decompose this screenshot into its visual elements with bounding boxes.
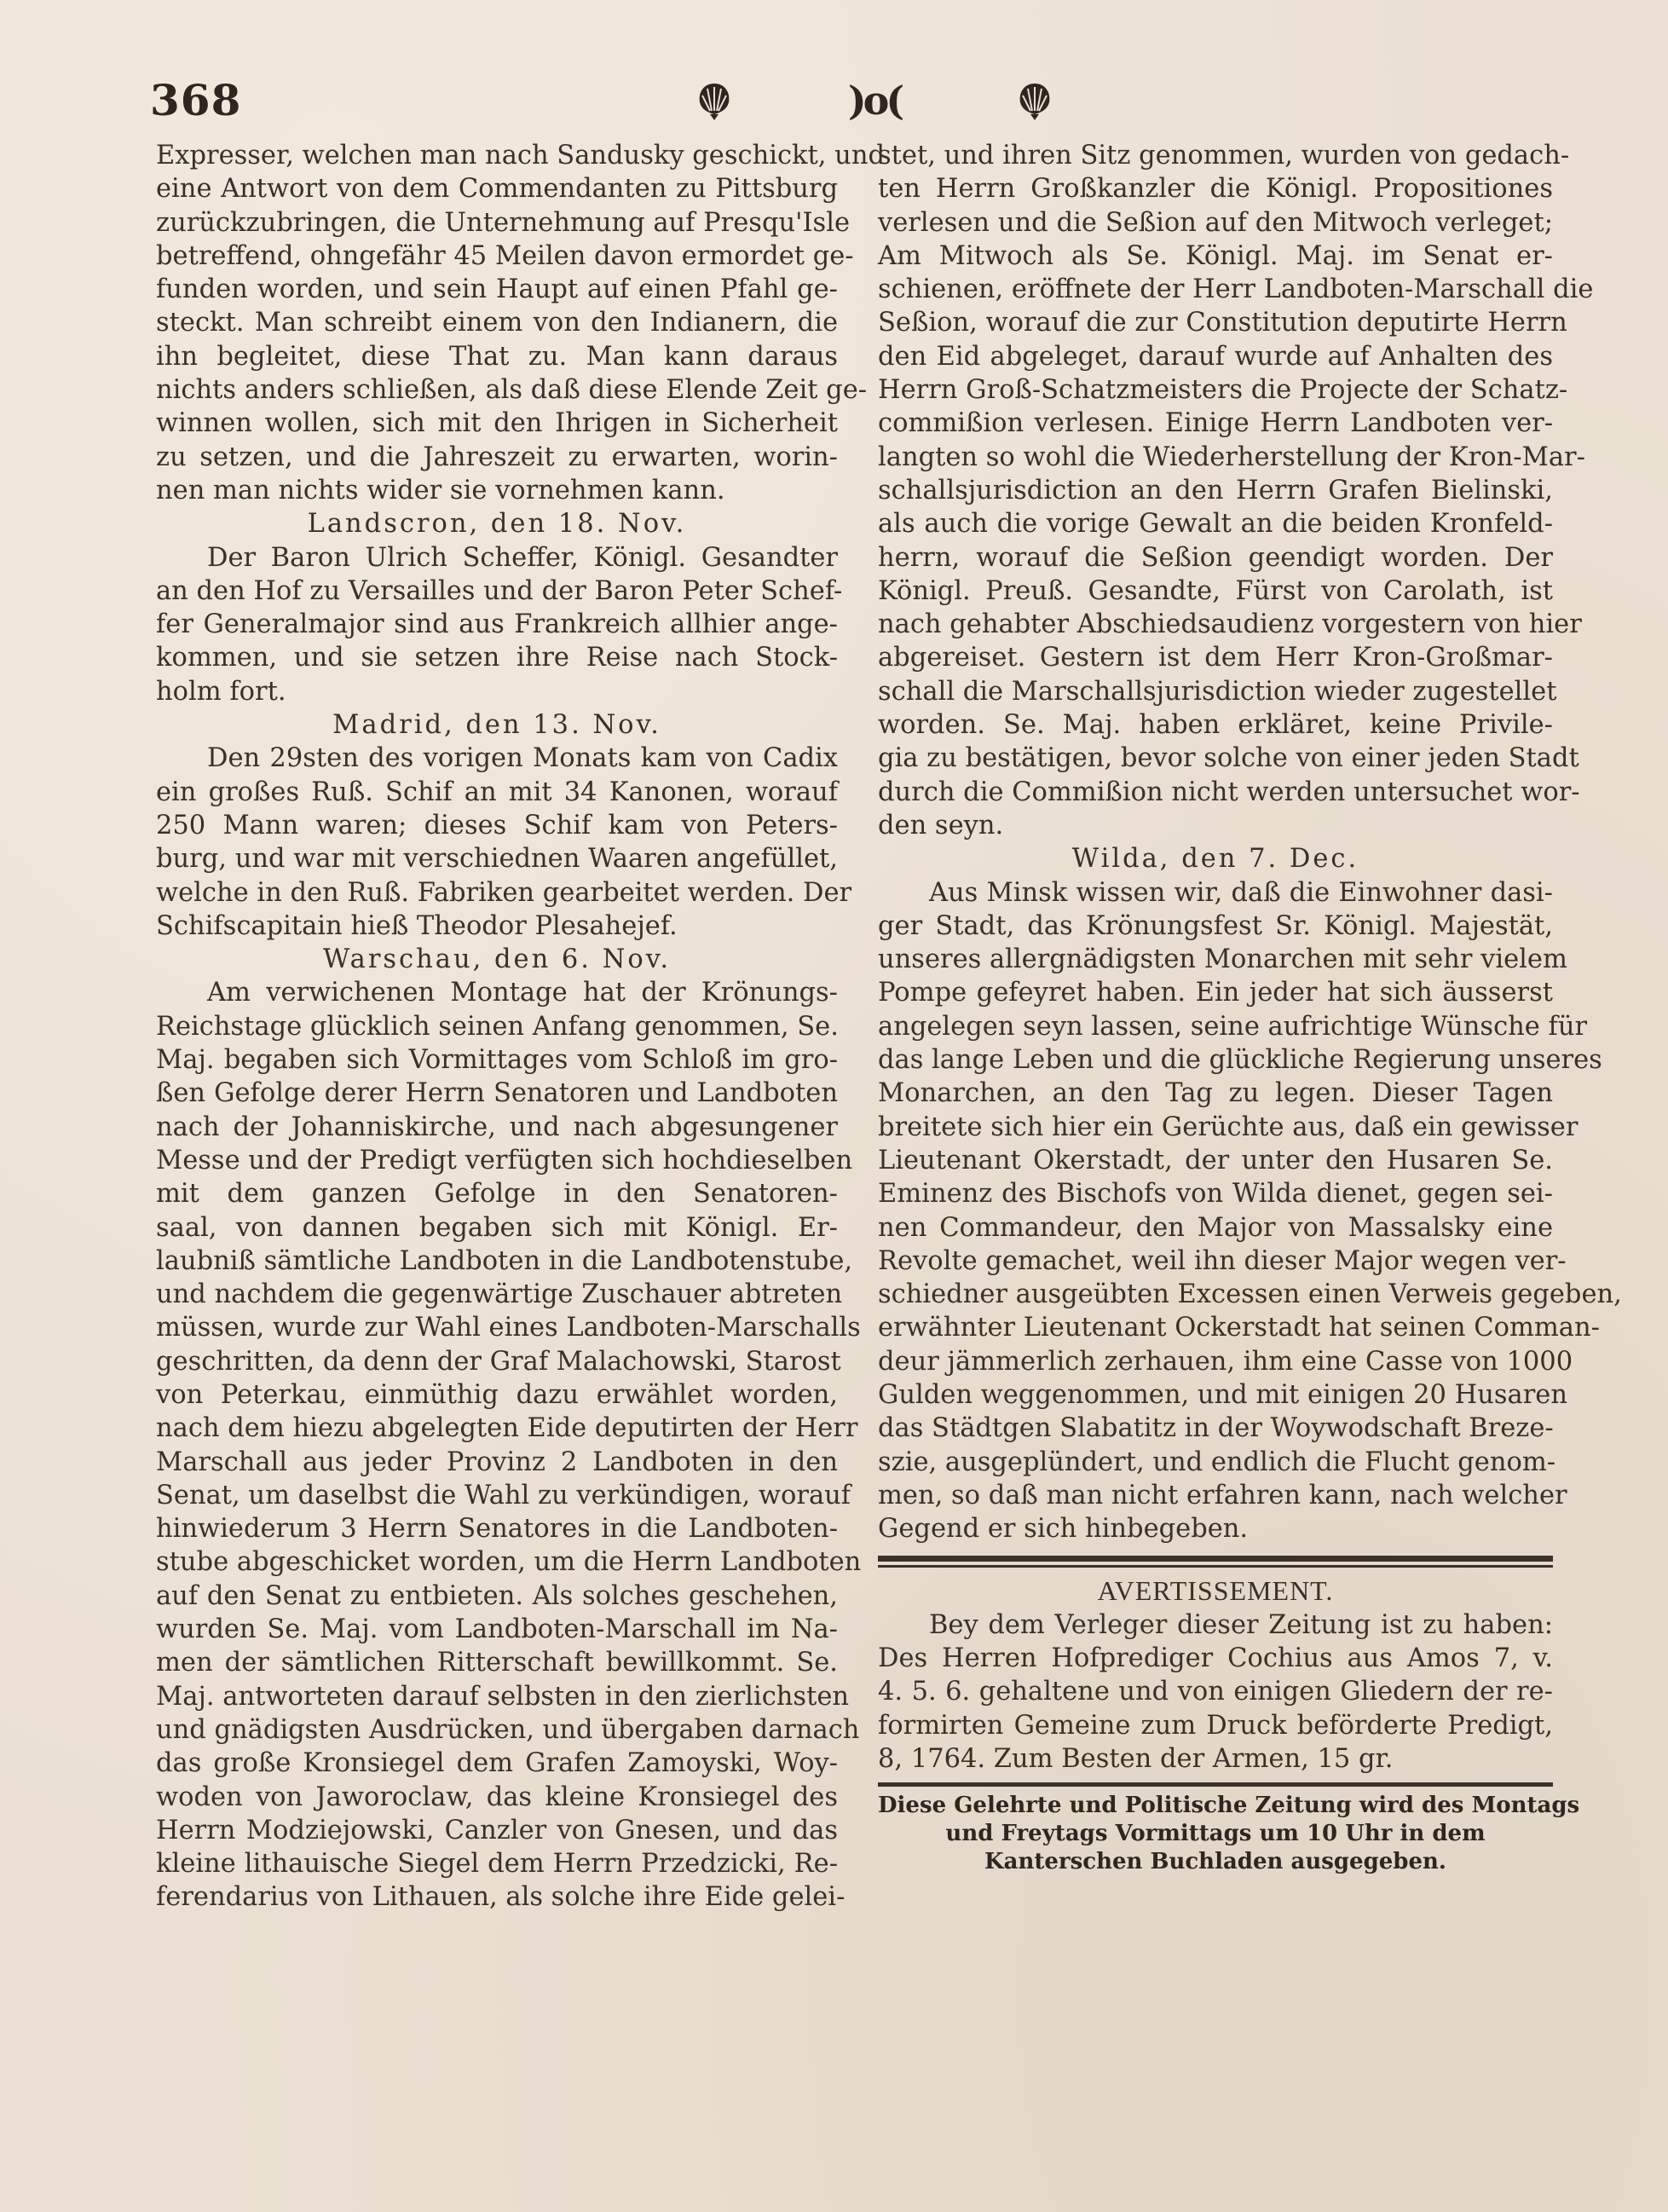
text-line: fer Generalmajor sind aus Frankreich all… [156, 608, 838, 641]
text-line: deur jämmerlich zerhauen, ihm eine Casse… [878, 1345, 1553, 1378]
text-line: das große Kronsiegel dem Grafen Zamoyski… [156, 1747, 838, 1780]
text-line: woden von Jaworoclaw, das kleine Kronsie… [156, 1781, 838, 1814]
text-line: zurückzubringen, die Unternehmung auf Pr… [156, 206, 838, 240]
imprint-line: Kanterschen Buchladen ausgegeben. [878, 1848, 1553, 1876]
text-line: ein großes Ruß. Schif an mit 34 Kanonen,… [156, 776, 838, 809]
text-line: schiedner ausgeübten Excessen einen Verw… [878, 1278, 1553, 1311]
text-line: Der Baron Ulrich Scheffer, Königl. Gesan… [156, 541, 838, 575]
page-number: 368 [150, 75, 241, 125]
dateline: Warschau, den 6. Nov. [156, 943, 838, 976]
text-line: Senat, um daselbst die Wahl zu verkündig… [156, 1479, 838, 1512]
text-line: kommen, und sie setzen ihre Reise nach S… [156, 641, 838, 674]
text-line: Seßion, worauf die zur Constitution depu… [878, 306, 1553, 339]
text-line: nen man nichts wider sie vornehmen kann. [156, 474, 838, 507]
text-line: unseres allergnädigsten Monarchen mit se… [878, 943, 1553, 976]
text-line: men, so daß man nicht erfahren kann, nac… [878, 1479, 1553, 1512]
text-line: als auch die vorige Gewalt an die beiden… [878, 507, 1553, 540]
news-item-madrid: Madrid, den 13. Nov. Den 29sten des vori… [156, 708, 838, 943]
text-line: Maj. antworteten darauf selbsten in den … [156, 1680, 838, 1713]
text-line: holm fort. [156, 675, 838, 708]
text-line: Marschall aus jeder Provinz 2 Landboten … [156, 1446, 838, 1479]
text-line: commißion verlesen. Einige Herrn Landbot… [878, 407, 1553, 440]
text-line: nen Commandeur, den Major von Massalsky … [878, 1211, 1553, 1245]
text-line: ger Stadt, das Krönungsfest Sr. Königl. … [878, 910, 1553, 943]
text-line: wurden Se. Maj. vom Landboten-Marschall … [156, 1613, 838, 1646]
advertisement: AVERTISSEMENT. Bey dem Verleger dieser Z… [878, 1574, 1553, 1776]
text-line: welche in den Ruß. Fabriken gearbeitet w… [156, 876, 838, 910]
advertisement-title: AVERTISSEMENT. [878, 1574, 1553, 1608]
text-line: schallsjurisdiction an den Herrn Grafen … [878, 474, 1553, 507]
text-line: worden. Se. Maj. haben erkläret, keine P… [878, 708, 1553, 742]
dateline: Madrid, den 13. Nov. [156, 708, 838, 742]
text-line: auf den Senat zu entbieten. Als solches … [156, 1580, 838, 1613]
text-line: ihn begleitet, diese That zu. Man kann d… [156, 340, 838, 373]
text-line: Aus Minsk wissen wir, daß die Einwohner … [878, 876, 1553, 910]
text-line: schall die Marschallsjurisdiction wieder… [878, 675, 1553, 708]
text-line: Pompe gefeyret haben. Ein jeder hat sich… [878, 976, 1553, 1009]
text-line: Den 29sten des vorigen Monats kam von Ca… [156, 742, 838, 775]
text-line: saal, von dannen begaben sich mit Königl… [156, 1211, 838, 1245]
text-line: men der sämtlichen Ritterschaft bewillko… [156, 1646, 838, 1679]
continued-paragraph: stet, und ihren Sitz genommen, wurden vo… [878, 139, 1553, 842]
text-line: geschritten, da denn der Graf Malachowsk… [156, 1345, 838, 1378]
text-line: szie, ausgeplündert, und endlich die Flu… [878, 1446, 1553, 1479]
text-line: Herrn Groß-Schatzmeisters die Projecte d… [878, 373, 1553, 407]
text-line: stet, und ihren Sitz genommen, wurden vo… [878, 139, 1553, 172]
text-line: abgereiset. Gestern ist dem Herr Kron-Gr… [878, 641, 1553, 674]
text-line: und gnädigsten Ausdrücken, und übergaben… [156, 1713, 838, 1747]
text-line: Monarchen, an den Tag zu legen. Dieser T… [878, 1077, 1553, 1110]
text-line: durch die Commißion nicht werden untersu… [878, 776, 1553, 809]
text-line: das Städtgen Slabatitz in der Woywodscha… [878, 1412, 1553, 1445]
dateline: Landscron, den 18. Nov. [156, 507, 838, 540]
text-line: schienen, eröffnete der Herr Landboten-M… [878, 273, 1553, 306]
imprint-line: Diese Gelehrte und Politische Zeitung wi… [878, 1792, 1553, 1820]
text-line: Schifscapitain hieß Theodor Plesahejef. [156, 910, 838, 943]
text-line: Am verwichenen Montage hat der Krönungs- [156, 976, 838, 1009]
text-line: winnen wollen, sich mit den Ihrigen in S… [156, 407, 838, 440]
text-line: steckt. Man schreibt einem von den India… [156, 306, 838, 339]
text-line: angelegen seyn lassen, seine aufrichtige… [878, 1010, 1553, 1043]
text-line: formirten Gemeine zum Druck beförderte P… [878, 1709, 1553, 1742]
text-line: laubniß sämtliche Landboten in die Landb… [156, 1245, 838, 1278]
text-line: stube abgeschicket worden, um die Herrn … [156, 1545, 838, 1579]
text-line: gia zu bestätigen, bevor solche von eine… [878, 742, 1553, 775]
text-line: Maj. begaben sich Vormittages vom Schloß… [156, 1043, 838, 1077]
text-line: Revolte gemachet, weil ihn dieser Major … [878, 1245, 1553, 1278]
text-line: Eminenz des Bischofs von Wilda dienet, g… [878, 1177, 1553, 1210]
text-line: eine Antwort von dem Commendanten zu Pit… [156, 172, 838, 205]
shell-ornament-icon [695, 80, 733, 121]
text-line: Gulden weggenommen, und mit einigen 20 H… [878, 1378, 1553, 1412]
text-line: Bey dem Verleger dieser Zeitung ist zu h… [878, 1608, 1553, 1642]
text-line: betreffend, ohngefähr 45 Meilen davon er… [156, 240, 838, 273]
continued-paragraph: Expresser, welchen man nach Sandusky ges… [156, 139, 838, 507]
text-line: Expresser, welchen man nach Sandusky ges… [156, 139, 838, 172]
text-line: den Eid abgeleget, darauf wurde auf Anha… [878, 340, 1553, 373]
section-divider [878, 1556, 1553, 1568]
news-item-warschau: Warschau, den 6. Nov. Am verwichenen Mon… [156, 943, 838, 1915]
text-line: Gegend er sich hinbegeben. [878, 1512, 1553, 1545]
text-line: erwähnter Lieutenant Ockerstadt hat sein… [878, 1311, 1553, 1344]
text-line: Des Herren Hofprediger Cochius aus Amos … [878, 1642, 1553, 1675]
text-line: müssen, wurde zur Wahl eines Landboten-M… [156, 1311, 838, 1344]
text-line: den seyn. [878, 809, 1553, 842]
text-line: nach der Johanniskirche, und nach abgesu… [156, 1111, 838, 1144]
text-line: Reichstage glücklich seinen Anfang genom… [156, 1010, 838, 1043]
header-ornament: )o( [695, 75, 1053, 126]
text-line: Lieutenant Okerstadt, der unter den Husa… [878, 1144, 1553, 1177]
ornament-divider: )o( [848, 78, 901, 124]
text-line: Am Mitwoch als Se. Königl. Maj. im Senat… [878, 240, 1553, 273]
text-line: ferendarius von Lithauen, als solche ihr… [156, 1880, 838, 1914]
text-line: nichts anders schließen, als daß diese E… [156, 373, 838, 407]
text-line: Herrn Modziejowski, Canzler von Gnesen, … [156, 1814, 838, 1847]
text-line: breitete sich hier ein Gerüchte aus, daß… [878, 1111, 1553, 1144]
text-line: und nachdem die gegenwärtige Zuschauer a… [156, 1278, 838, 1311]
text-line: 8, 1764. Zum Besten der Armen, 15 gr. [878, 1742, 1553, 1776]
imprint-line: und Freytags Vormittags um 10 Uhr in dem [878, 1820, 1553, 1848]
dateline: Wilda, den 7. Dec. [878, 842, 1553, 875]
text-line: funden worden, und sein Haupt auf einen … [156, 273, 838, 306]
text-line: langten so wohl die Wiederherstellung de… [878, 441, 1553, 474]
text-line: 4. 5. 6. gehaltene und von einigen Glied… [878, 1675, 1553, 1708]
text-line: kleine lithauische Siegel dem Herrn Prze… [156, 1847, 838, 1880]
text-line: Königl. Preuß. Gesandte, Fürst von Carol… [878, 575, 1553, 608]
text-line: Messe und der Predigt verfügten sich hoc… [156, 1144, 838, 1177]
news-item-wilda: Wilda, den 7. Dec. Aus Minsk wissen wir,… [878, 842, 1553, 1545]
text-line: mit dem ganzen Gefolge in den Senatoren- [156, 1177, 838, 1210]
text-line: von Peterkau, einmüthig dazu erwählet wo… [156, 1378, 838, 1412]
news-item-landscron: Landscron, den 18. Nov. Der Baron Ulrich… [156, 507, 838, 708]
left-column: Expresser, welchen man nach Sandusky ges… [156, 139, 838, 1915]
section-divider [878, 1782, 1553, 1787]
text-line: nach dem hiezu abgelegten Eide deputirte… [156, 1412, 838, 1445]
text-line: das lange Leben und die glückliche Regie… [878, 1043, 1553, 1077]
page-header: 368 )o( [150, 75, 1565, 126]
text-line: burg, und war mit verschiednen Waaren an… [156, 842, 838, 875]
right-column: stet, und ihren Sitz genommen, wurden vo… [878, 139, 1553, 1876]
text-line: ßen Gefolge derer Herrn Senatoren und La… [156, 1077, 838, 1110]
text-line: verlesen und die Seßion auf den Mitwoch … [878, 206, 1553, 240]
text-line: hinwiederum 3 Herrn Senatores in die Lan… [156, 1512, 838, 1545]
text-line: herrn, worauf die Seßion geendigt worden… [878, 541, 1553, 575]
imprint: Diese Gelehrte und Politische Zeitung wi… [878, 1792, 1553, 1876]
text-line: 250 Mann waren; dieses Schif kam von Pet… [156, 809, 838, 842]
text-line: ten Herrn Großkanzler die Königl. Propos… [878, 172, 1553, 205]
shell-ornament-icon [1016, 80, 1053, 121]
text-line: an den Hof zu Versailles und der Baron P… [156, 575, 838, 608]
text-line: zu setzen, und die Jahreszeit zu erwarte… [156, 441, 838, 474]
text-line: nach gehabter Abschiedsaudienz vorgester… [878, 608, 1553, 641]
